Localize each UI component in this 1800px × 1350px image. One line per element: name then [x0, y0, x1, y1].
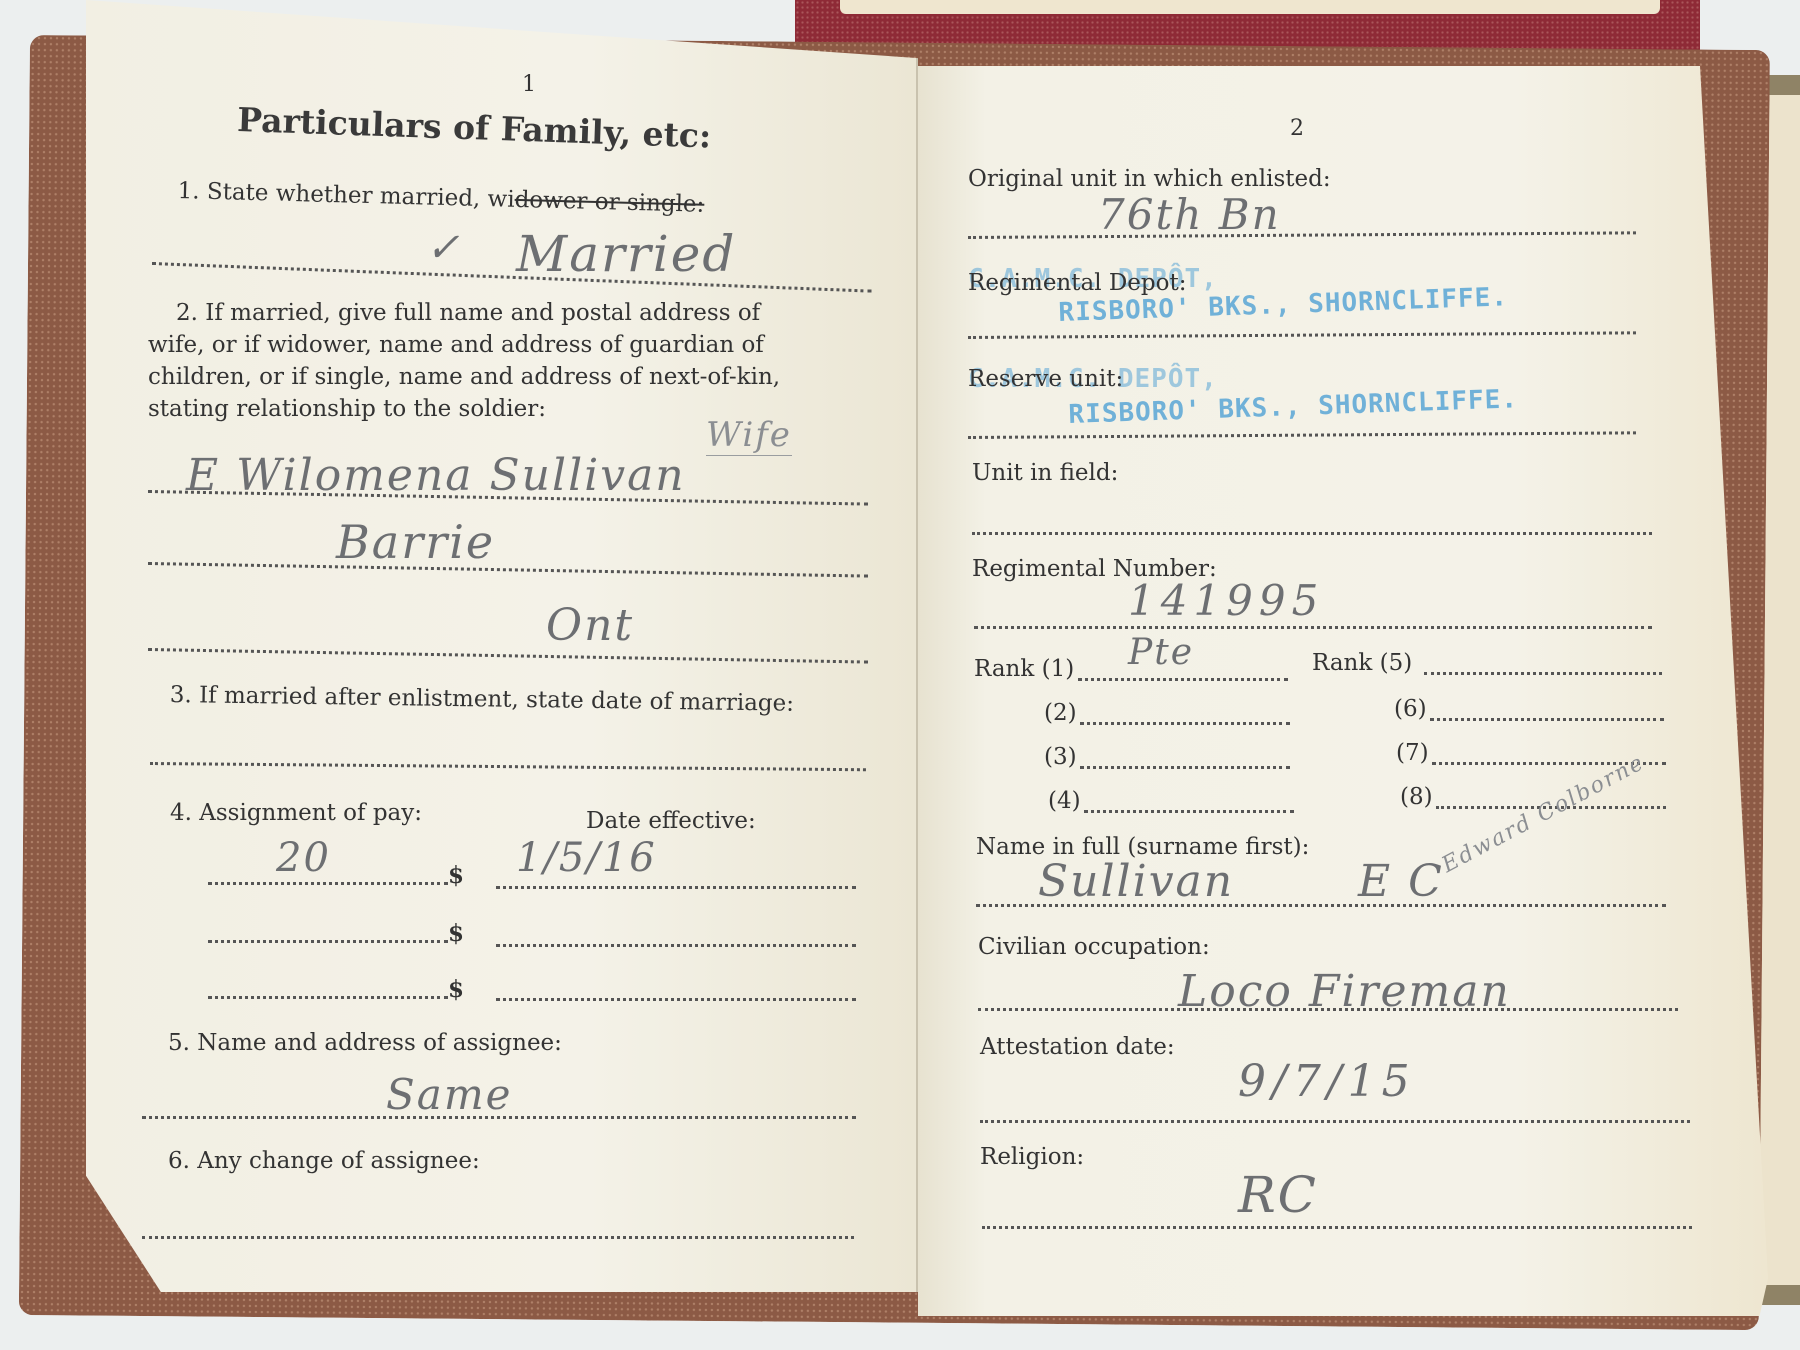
unit-in-field-line[interactable] [972, 532, 1652, 535]
q2-label-line-2: wife, or if widower, name and address of… [148, 332, 764, 358]
rank-5-line[interactable] [1424, 672, 1662, 675]
right-page: 2 Original unit in which enlisted: 76th … [918, 66, 1768, 1316]
red-book-page-edge [840, 0, 1660, 14]
q4-amount-line-2[interactable] [208, 940, 448, 943]
regimental-depot-label: Regimental Depot: [968, 270, 1186, 296]
given-names-annotation: Edward Colborne [1438, 750, 1649, 878]
attestation-line [980, 1120, 1690, 1123]
q5-answer[interactable]: Same [386, 1070, 513, 1119]
rank-4-label: (4) [1048, 788, 1081, 814]
regimental-number-answer[interactable]: 141995 [1128, 576, 1324, 625]
q2-relationship[interactable]: Wife [706, 415, 792, 456]
q2-answer-line-2[interactable]: Barrie [336, 515, 495, 569]
q4-amount-line-3[interactable] [208, 996, 448, 999]
q2-label-line-4: stating relationship to the soldier: [148, 396, 546, 422]
rank-6-line[interactable] [1430, 718, 1664, 721]
civilian-occupation-label: Civilian occupation: [978, 934, 1210, 960]
reserve-unit-label: Reserve unit: [968, 366, 1123, 392]
rank-2-label: (2) [1044, 700, 1077, 726]
q6-label: 6. Any change of assignee: [168, 1148, 480, 1174]
q2-label-line-1: 2. If married, give full name and postal… [176, 300, 760, 326]
page-number: 2 [1290, 116, 1304, 141]
attestation-date-answer[interactable]: 9/7/15 [1238, 1056, 1416, 1107]
original-unit-line [968, 231, 1636, 239]
q1-answer[interactable]: Married [516, 225, 736, 283]
page-number: 1 [522, 72, 536, 97]
religion-line [982, 1226, 1692, 1229]
dollar-sign-1: $ [448, 862, 464, 889]
check-mark-icon: ✓ [426, 225, 462, 271]
q2-answer-line-3[interactable]: Ont [546, 600, 634, 651]
rank-8-label: (8) [1400, 784, 1433, 810]
original-unit-answer[interactable]: 76th Bn [1098, 190, 1281, 239]
q2-label-line-3: children, or if single, name and address… [148, 364, 780, 390]
rank-3-line[interactable] [1080, 766, 1290, 769]
q4-date-line-1 [496, 886, 856, 889]
q4-date-1[interactable]: 1/5/16 [516, 835, 657, 881]
religion-answer[interactable]: RC [1238, 1166, 1318, 1224]
rank-4-line[interactable] [1084, 810, 1294, 813]
rank-1-line [1078, 678, 1288, 681]
surname-answer[interactable]: Sullivan [1038, 856, 1234, 907]
q1-struck-text: dower or single: [514, 187, 704, 218]
original-unit-label: Original unit in which enlisted: [968, 166, 1331, 192]
regimental-depot-line [968, 331, 1636, 339]
q5-label: 5. Name and address of assignee: [168, 1030, 562, 1056]
q1-label: 1. State whether married, widower or sin… [177, 178, 704, 218]
q1-answer-line [152, 262, 872, 293]
dollar-sign-3: $ [448, 976, 464, 1003]
rank-6-label: (6) [1394, 696, 1427, 722]
q4-date-label: Date effective: [586, 808, 756, 834]
name-line [976, 904, 1666, 907]
initials-answer[interactable]: E C [1358, 856, 1444, 907]
left-page: 1 Particulars of Family, etc: 1. State w… [86, 0, 918, 1292]
q5-answer-line [142, 1116, 856, 1119]
q2-line-3 [148, 648, 868, 664]
rank-7-label: (7) [1396, 740, 1429, 766]
unit-in-field-label: Unit in field: [972, 460, 1118, 486]
q6-answer-line[interactable] [142, 1236, 854, 1239]
occupation-line [978, 1008, 1678, 1011]
q4-amount-1[interactable]: 20 [276, 835, 331, 881]
q2-line-2 [148, 562, 868, 578]
dollar-sign-2: $ [448, 920, 464, 947]
q4-date-line-2[interactable] [496, 944, 856, 947]
religion-label: Religion: [980, 1144, 1084, 1170]
rank-2-line[interactable] [1080, 722, 1290, 725]
rank-1-value[interactable]: Pte [1128, 632, 1194, 673]
q3-answer-line[interactable] [150, 762, 866, 771]
q4-amount-line-1 [208, 882, 448, 885]
reserve-unit-line [968, 431, 1636, 439]
rank-3-label: (3) [1044, 744, 1077, 770]
rank-1-label: Rank (1) [974, 656, 1074, 682]
q3-label: 3. If married after enlistment, state da… [170, 682, 795, 717]
rank-5-label: Rank (5) [1312, 650, 1412, 676]
q4-label: 4. Assignment of pay: [170, 800, 422, 826]
page-title: Particulars of Family, etc: [237, 100, 712, 156]
regimental-number-line [974, 626, 1652, 629]
attestation-date-label: Attestation date: [980, 1034, 1175, 1060]
q4-date-line-3[interactable] [496, 998, 856, 1001]
